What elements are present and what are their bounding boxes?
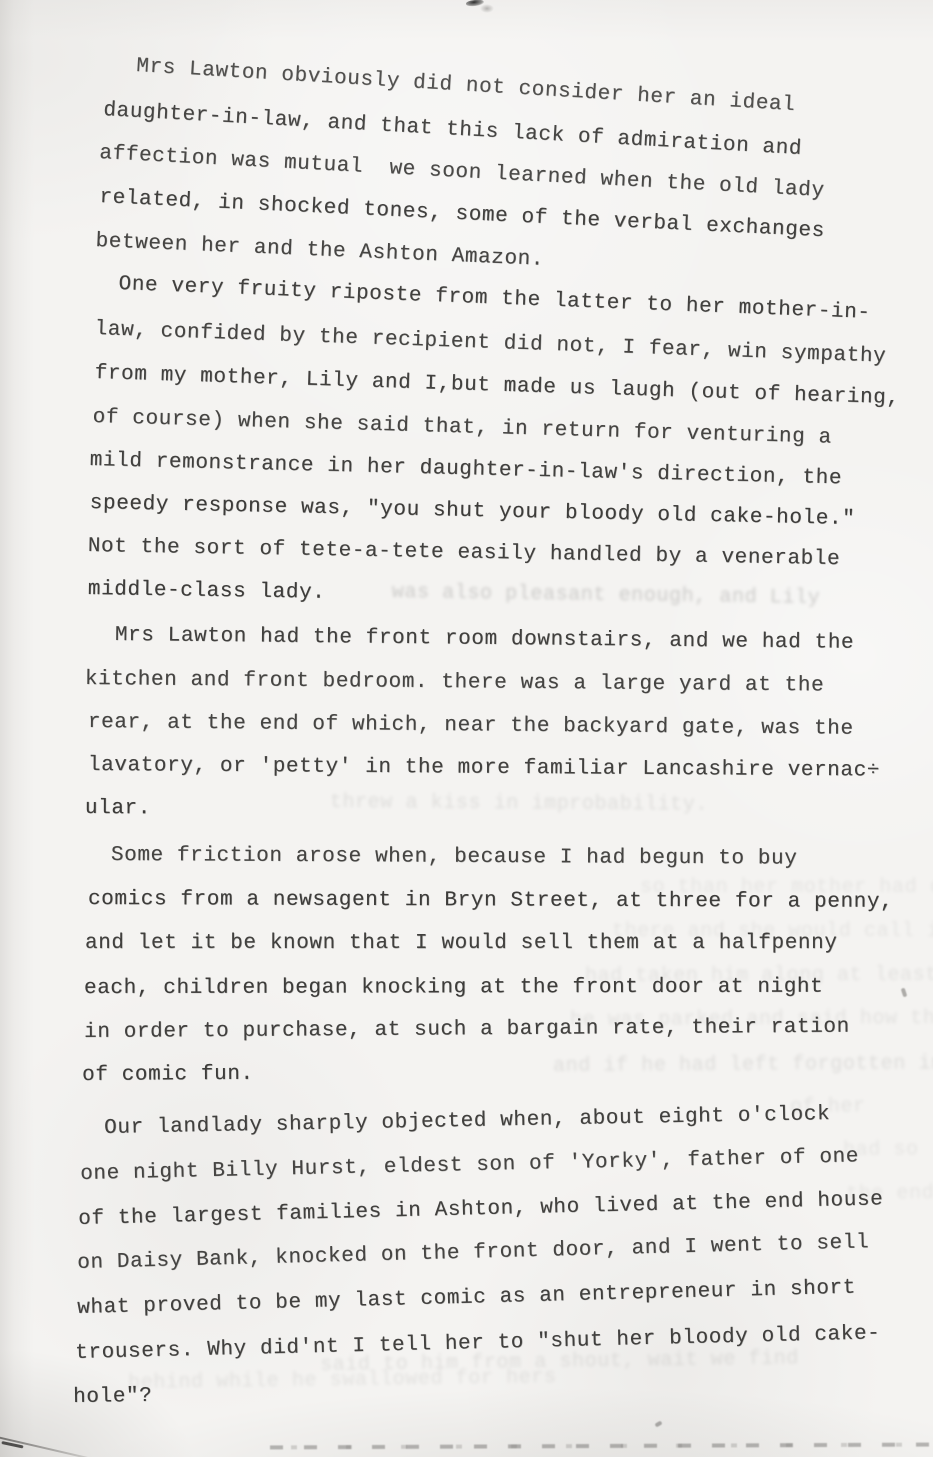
typed-line: lavatory, or 'petty' in the more familia…: [88, 754, 880, 783]
typed-line: of the largest families in Ashton, who l…: [78, 1188, 884, 1231]
typed-line: one night Billy Hurst, eldest son of 'Yo…: [80, 1145, 859, 1186]
typed-line: each, children began knocking at the fro…: [84, 976, 823, 1000]
typed-line: law, confided by the recipient did not, …: [94, 318, 886, 369]
ghost-bleedthrough-line: threw a kiss in improbability.: [330, 791, 708, 817]
typed-line: and let it be known that I would sell th…: [85, 932, 838, 955]
typed-line: on Daisy Bank, knocked on the front door…: [77, 1231, 869, 1275]
typed-line: between her and the Ashton Amazon.: [95, 230, 544, 272]
typed-line: Mrs Lawton had the front room downstairs…: [115, 624, 855, 655]
ghost-bleedthrough-line: and if he had left forgotten in search o…: [553, 1051, 933, 1078]
typed-line: in order to purchase, at such a bargain …: [84, 1016, 850, 1044]
bottom-speck: [654, 1421, 662, 1428]
ghost-bleedthrough-line: behind while he swallowed for hers: [128, 1366, 557, 1395]
typed-line: comics from a newsagent in Bryn Street, …: [88, 888, 893, 914]
typed-line: of course) when she said that, in return…: [92, 406, 832, 450]
typed-line: Some friction arose when, because I had …: [111, 844, 798, 871]
typed-line: hole"?: [73, 1385, 153, 1409]
scanned-document: { "page": { "paper_color": "#f4f3f1", "i…: [0, 0, 933, 1457]
typed-line: speedy response was, "you shut your bloo…: [90, 492, 856, 531]
typed-line: ular.: [85, 797, 151, 820]
typed-line: what proved to be my last comic as an en…: [77, 1277, 856, 1320]
typed-line: One very fruity riposte from the latter …: [118, 273, 871, 325]
bottom-scan-dashed-line: [270, 1443, 930, 1450]
typed-line: Not the sort of tete-a-tete easily handl…: [88, 535, 841, 571]
typed-line: mild remonstrance in her daughter-in-law…: [89, 449, 842, 490]
typed-line: of comic fun.: [82, 1063, 254, 1087]
typed-line: Our landlady sharply objected when, abou…: [104, 1103, 830, 1140]
right-margin-speck: [901, 988, 908, 998]
typewritten-page: was also pleasant enough, and Lilythrew …: [0, 0, 933, 1457]
top-edge-smudge-tail: [480, 4, 494, 13]
typed-line: middle-class lady.: [88, 578, 326, 605]
typed-line: rear, at the end of which, near the back…: [88, 711, 854, 741]
ghost-bleedthrough-line: was also pleasant enough, and Lily: [392, 581, 821, 610]
typed-line: from my mother, Lily and I,but made us l…: [94, 362, 900, 410]
typed-line: kitchen and front bedroom. there was a l…: [85, 668, 825, 697]
